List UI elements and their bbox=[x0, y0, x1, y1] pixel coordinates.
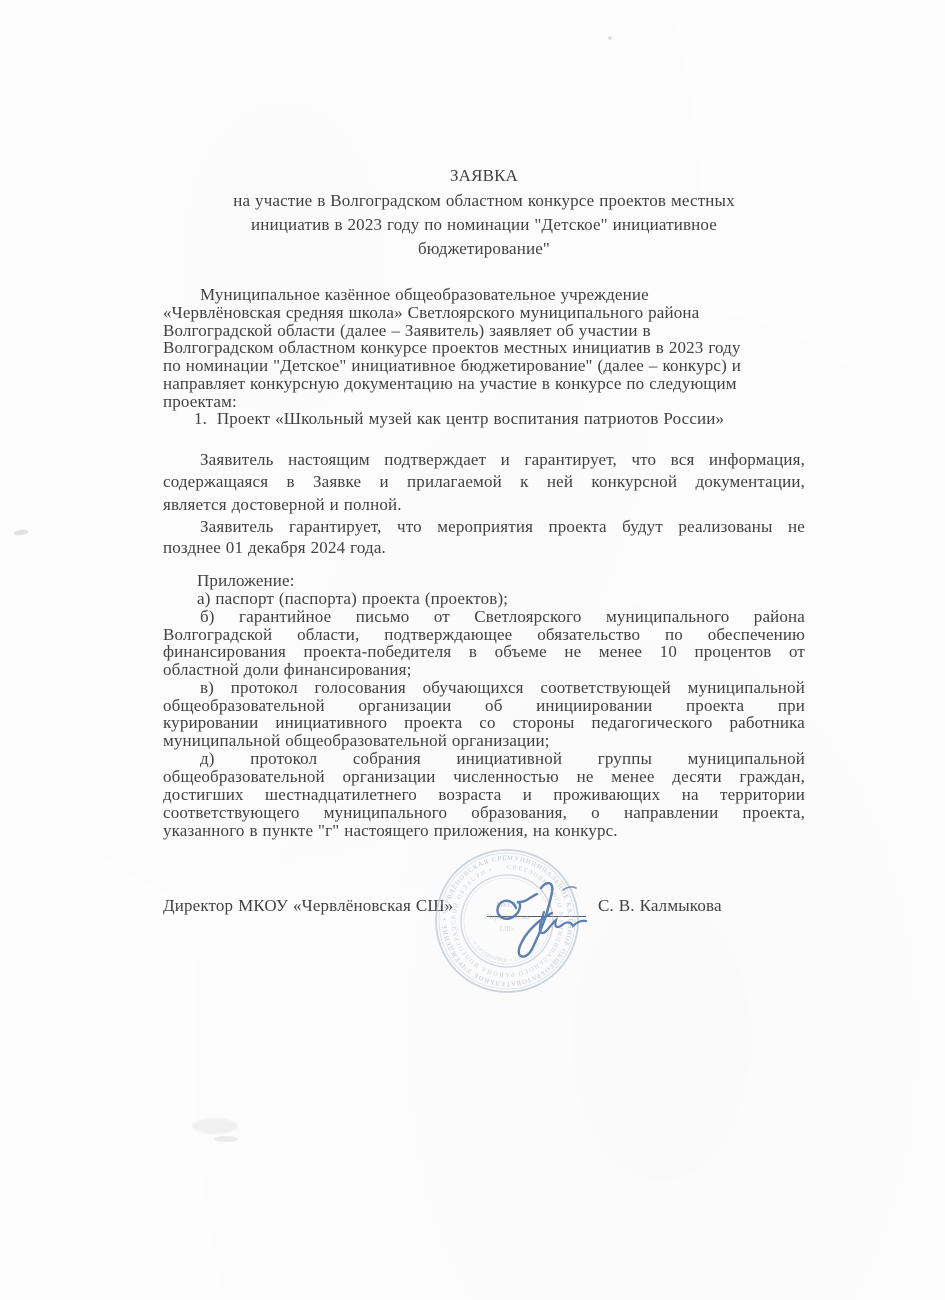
text-line: направляет конкурсную документацию на уч… bbox=[163, 375, 805, 393]
text-line: Волгоградской области, подтверждающее об… bbox=[163, 626, 805, 644]
text-line: по номинации "Детское" инициативное бюдж… bbox=[163, 357, 805, 375]
paragraph-guarantee-deadline: Заявитель гарантирует, что мероприятия п… bbox=[163, 516, 805, 558]
attachment-item-b: б) гарантийное письмо от Светлоярского м… bbox=[163, 608, 805, 679]
text-line: б) гарантийное письмо от Светлоярского м… bbox=[163, 608, 805, 626]
attachment-item-d: д) протокол собрания инициативной группы… bbox=[163, 750, 805, 840]
scan-smudge bbox=[214, 1136, 238, 1142]
scan-smudge bbox=[192, 1118, 238, 1134]
text-line: д) протокол собрания инициативной группы… bbox=[163, 750, 805, 768]
subtitle-line: инициатив в 2023 году по номинации "Детс… bbox=[163, 213, 805, 237]
text-line: указанного в пункте "г" настоящего прило… bbox=[163, 822, 805, 840]
text-line: Заявитель гарантирует, что мероприятия п… bbox=[163, 516, 805, 537]
scan-speck bbox=[14, 529, 29, 536]
signature-ink-graphic bbox=[495, 878, 605, 973]
text-line: позднее 01 декабря 2024 года. bbox=[163, 537, 805, 558]
text-line: в) протокол голосования обучающихся соот… bbox=[163, 679, 805, 697]
text-line: Муниципальное казённое общеобразовательн… bbox=[163, 286, 805, 304]
attachment-item-a: а) паспорт (паспорта) проекта (проектов)… bbox=[163, 590, 805, 608]
text-line: Заявитель настоящим подтверждает и гаран… bbox=[163, 449, 805, 471]
text-line: областной доли финансирования; bbox=[163, 661, 805, 679]
text-line: муниципальной общеобразовательной органи… bbox=[163, 732, 805, 750]
text-line: общеобразовательной организации об иници… bbox=[163, 697, 805, 715]
scanned-document-page: ЗАЯВКА на участие в Волгоградском област… bbox=[0, 0, 945, 1300]
text-line: финансирования проекта-победителя в объе… bbox=[163, 643, 805, 661]
project-list-item: 1. Проект «Школьный музей как центр восп… bbox=[163, 410, 805, 428]
text-line: «Червлёновская средняя школа» Светлоярск… bbox=[163, 304, 805, 322]
text-line: общеобразовательной организации численно… bbox=[163, 768, 805, 786]
attachment-item-v: в) протокол голосования обучающихся соот… bbox=[163, 679, 805, 750]
signature-name: С. В. Калмыкова bbox=[598, 896, 798, 916]
document-title: ЗАЯВКА bbox=[163, 164, 805, 188]
signature-ink bbox=[495, 878, 605, 973]
text-line: проектам: bbox=[163, 393, 805, 411]
text-line: достигших шестнадцатилетнего возраста и … bbox=[163, 786, 805, 804]
text-line: соответствующего муниципального образова… bbox=[163, 804, 805, 822]
document-subtitle: на участие в Волгоградском областном кон… bbox=[163, 189, 805, 260]
text-line: Волгоградской области (далее – Заявитель… bbox=[163, 322, 805, 340]
attachments-heading: Приложение: bbox=[163, 572, 805, 590]
subtitle-line: бюджетирование" bbox=[163, 237, 805, 261]
paragraph-guarantee-info: Заявитель настоящим подтверждает и гаран… bbox=[163, 449, 805, 516]
text-line: является достоверной и полной. bbox=[163, 494, 805, 516]
text-line: содержащаяся в Заявке и прилагаемой к не… bbox=[163, 471, 805, 493]
scan-speck bbox=[608, 36, 612, 40]
text-line: курировании инициативного проекта со сто… bbox=[163, 714, 805, 732]
paragraph-intro: Муниципальное казённое общеобразовательн… bbox=[163, 286, 805, 411]
text-line: Волгоградском областном конкурсе проекто… bbox=[163, 339, 805, 357]
subtitle-line: на участие в Волгоградском областном кон… bbox=[163, 189, 805, 213]
